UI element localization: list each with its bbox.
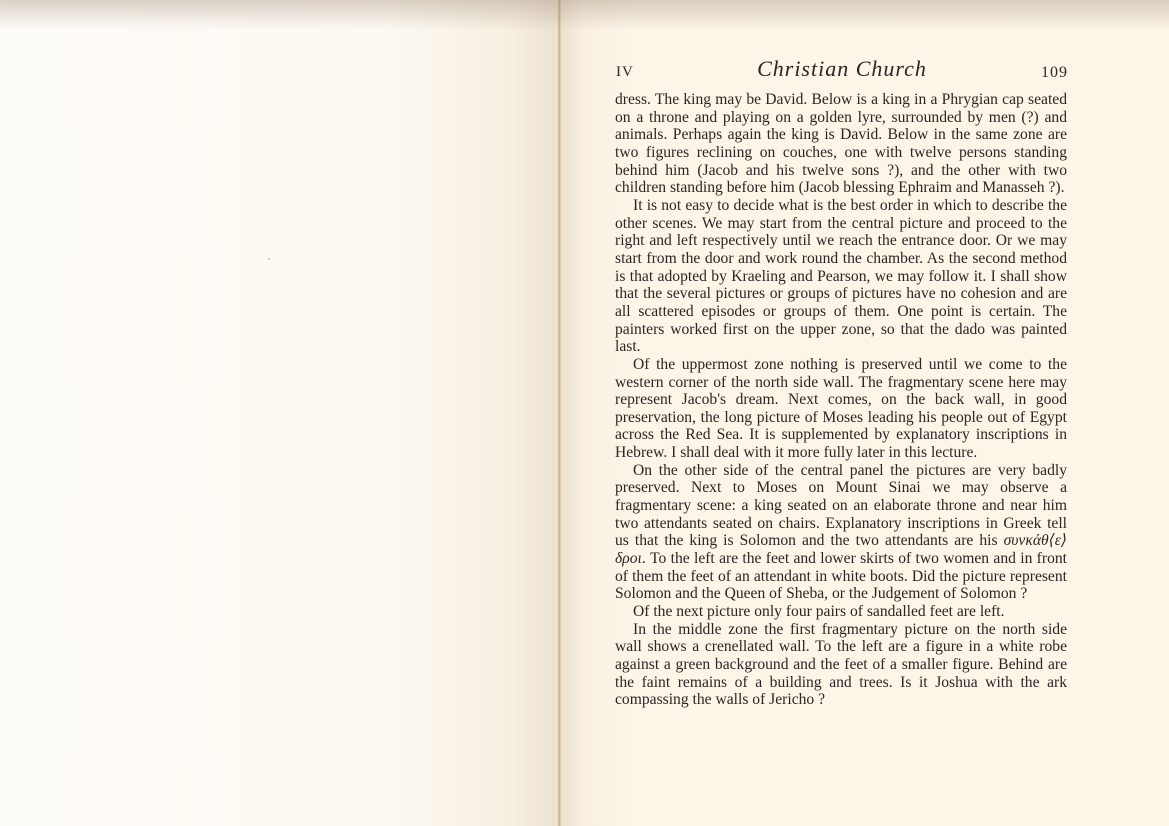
body-text: dress. The king may be David. Below is a…	[615, 91, 1067, 709]
running-title: Christian Church	[616, 56, 1068, 82]
paragraph: In the middle zone the first fragmentary…	[615, 621, 1067, 709]
paragraph: It is not easy to decide what is the bes…	[615, 197, 1067, 356]
top-edge-shadow	[0, 0, 1169, 30]
paragraph: Of the next picture only four pairs of s…	[615, 603, 1067, 621]
blank-left-page	[0, 0, 558, 826]
text-segment: On the other side of the central panel t…	[615, 462, 1067, 550]
paper-speck	[268, 258, 270, 260]
running-head: IV Christian Church 109	[616, 56, 1068, 88]
text-segment: . To the left are the feet and lower ski…	[615, 550, 1067, 602]
paragraph: Of the uppermost zone nothing is preserv…	[615, 356, 1067, 462]
page-number: 109	[1041, 64, 1068, 82]
paragraph-with-greek: On the other side of the central panel t…	[615, 462, 1067, 603]
book-gutter	[558, 0, 561, 826]
book-spread: IV Christian Church 109 dress. The king …	[0, 0, 1169, 826]
paragraph-continued: dress. The king may be David. Below is a…	[615, 91, 1067, 197]
